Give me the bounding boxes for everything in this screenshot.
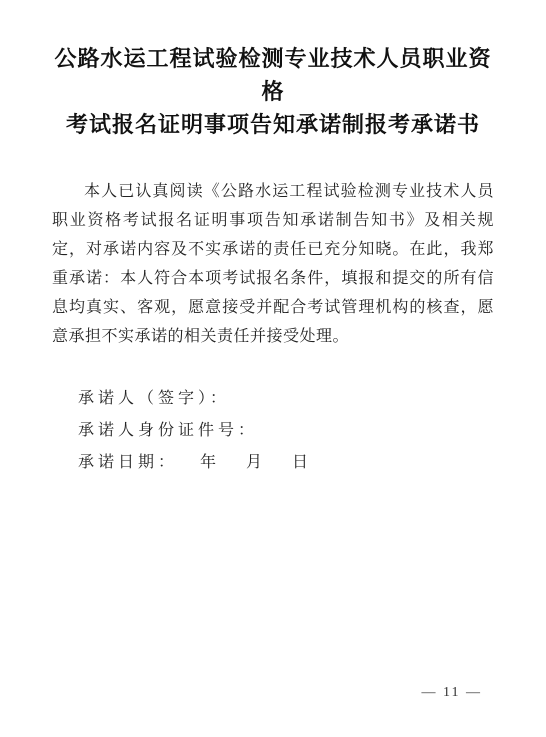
document-page: 公路水运工程试验检测专业技术人员职业资格 考试报名证明事项告知承诺制报考承诺书 … xyxy=(0,0,546,737)
document-title-line2: 考试报名证明事项告知承诺制报考承诺书 xyxy=(52,108,494,141)
day-label: 日 xyxy=(292,447,312,479)
document-title: 公路水运工程试验检测专业技术人员职业资格 考试报名证明事项告知承诺制报考承诺书 xyxy=(52,42,494,141)
commitment-date-line: 承诺日期： 年 月 日 xyxy=(78,447,494,479)
page-number: — 11 — xyxy=(422,685,482,701)
document-title-line1: 公路水运工程试验检测专业技术人员职业资格 xyxy=(52,42,494,108)
month-label: 月 xyxy=(246,447,266,479)
id-number-label: 承诺人身份证件号： xyxy=(78,422,258,439)
date-label: 承诺日期： xyxy=(78,454,178,471)
commitment-paragraph: 本人已认真阅读《公路水运工程试验检测专业技术人员职业资格考试报名证明事项告知承诺… xyxy=(52,177,494,351)
signer-signature-line: 承诺人（签字）： xyxy=(78,383,494,415)
id-number-line: 承诺人身份证件号： xyxy=(78,415,494,447)
year-label: 年 xyxy=(200,447,220,479)
signature-section: 承诺人（签字）： 承诺人身份证件号： 承诺日期： 年 月 日 xyxy=(78,383,494,479)
signer-label: 承诺人（签字）： xyxy=(78,390,230,407)
